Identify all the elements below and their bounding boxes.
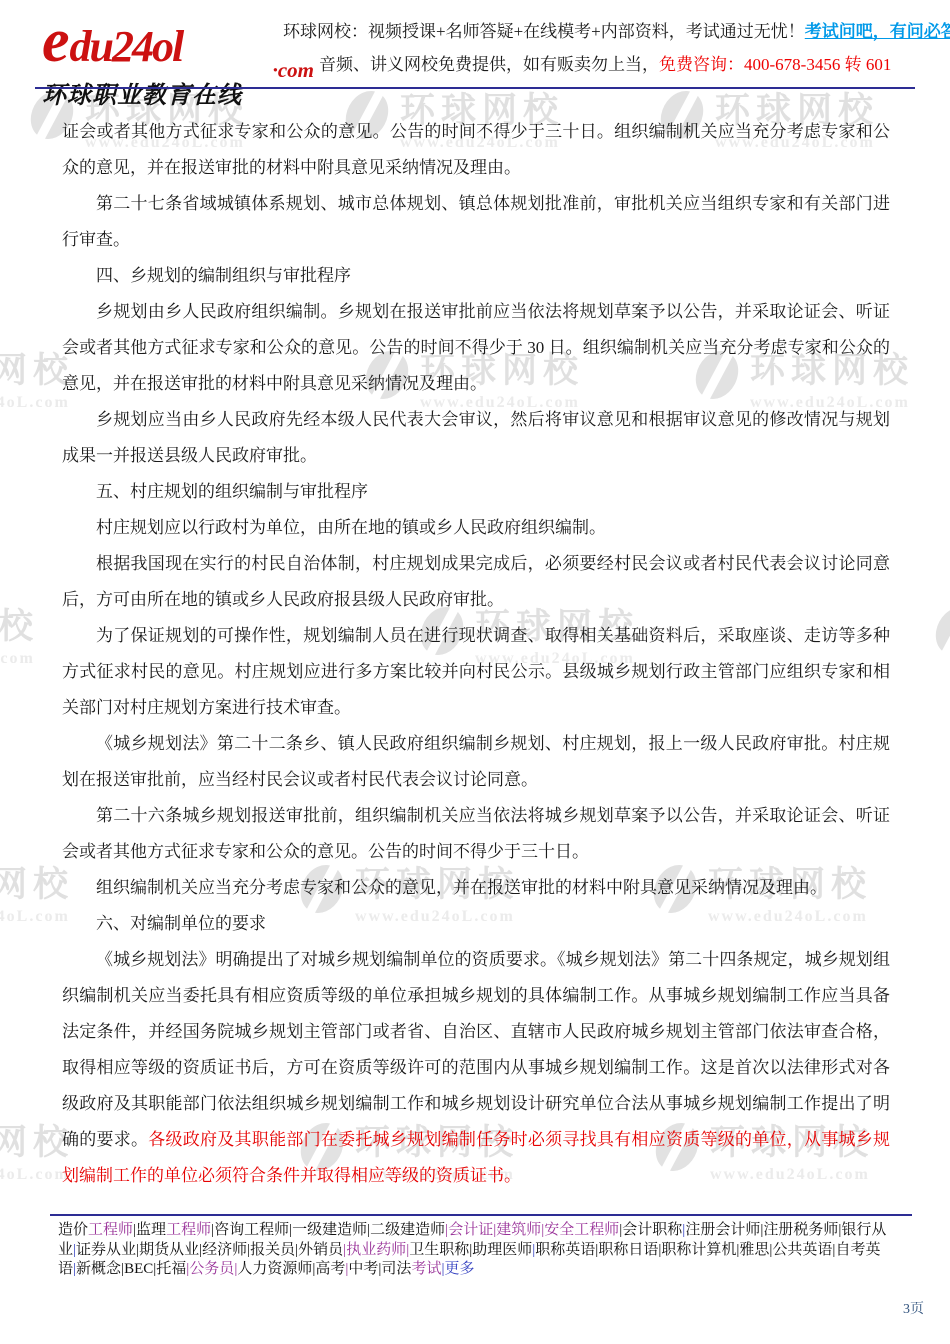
paragraph: 《城乡规划法》明确提出了对城乡规划编制单位的资质要求。《城乡规划法》第二十四条规… — [62, 942, 890, 1194]
footer-link[interactable]: 外销员 — [298, 1242, 343, 1258]
footer-link[interactable]: 建筑师 — [496, 1222, 541, 1238]
ask-answer-link[interactable]: 考试问吧，有问必答 — [805, 22, 950, 41]
paragraph: 第二十七条省域城镇体系规划、城市总体规划、镇总体规划批准前，审批机关应当组织专家… — [62, 186, 890, 258]
paragraph-text: 第二十七条省域城镇体系规划、城市总体规划、镇总体规划批准前，审批机关应当组织专家… — [62, 194, 890, 249]
footer-link[interactable]: 一级建造师 — [292, 1222, 367, 1238]
paragraph: 第二十六条城乡规划报送审批前，组织编制机关应当依法将城乡规划草案予以公告，并采取… — [62, 798, 890, 870]
paragraph-text: 第二十六条城乡规划报送审批前，组织编制机关应当依法将城乡规划草案予以公告，并采取… — [62, 806, 890, 861]
paragraph: 四、乡规划的编制组织与审批程序 — [62, 258, 890, 294]
footer-link[interactable]: 更多 — [444, 1261, 474, 1277]
footer-link[interactable]: 公务员 — [189, 1261, 234, 1277]
paragraph: 证会或者其他方式征求专家和公众的意见。公告的时间不得少于三十日。组织编制机关应当… — [62, 114, 890, 186]
watermark-leaf-icon — [930, 604, 950, 658]
footer-link[interactable]: 监理 — [136, 1222, 166, 1238]
paragraph-text: 乡规划应当由乡人民政府先经本级人民代表大会审议，然后将审议意见和根据审议意见的修… — [62, 410, 890, 465]
paragraph-text: 为了保证规划的可操作性，规划编制人员在进行现状调查、取得相关基础资料后，采取座谈… — [62, 626, 890, 717]
header-promo-line2: 音频、讲义网校免费提供，如有贩卖勿上当，免费咨询：400-678-3456 转 … — [283, 55, 923, 75]
header-promo: 环球网校：视频授课+名师答疑+在线模考+内部资料，考试通过无忧！考试问吧，有问必… — [283, 22, 923, 76]
paragraph: 为了保证规划的可操作性，规划编制人员在进行现状调查、取得相关基础资料后，采取座谈… — [62, 618, 890, 726]
footer-link[interactable]: 注册税务师 — [763, 1222, 838, 1238]
logo-e-glyph: e百职 — [42, 10, 70, 72]
logo-badge: 百职 — [54, 20, 80, 32]
watermark: 环球网校www.edu24oL.com — [930, 604, 950, 668]
footer-link[interactable]: 安全工程师 — [544, 1222, 619, 1238]
promo-text: 环球网校：视频授课+名师答疑+在线模考+内部资料，考试通过无忧！ — [283, 22, 805, 41]
footer-link[interactable]: 执业药师 — [346, 1242, 406, 1258]
footer-link[interactable]: 托福 — [156, 1261, 186, 1277]
paragraph: 六、对编制单位的要求 — [62, 906, 890, 942]
footer-link[interactable]: 司法 — [381, 1261, 411, 1277]
paragraph-text: 四、乡规划的编制组织与审批程序 — [96, 266, 351, 285]
highlighted-red-text: 各级政府及其职能部门在委托城乡规划编制任务时必须寻找具有相应资质等级的单位，从事… — [62, 1130, 890, 1185]
footer-link[interactable]: 职称计算机 — [661, 1242, 736, 1258]
footer-link[interactable]: 高考 — [315, 1261, 345, 1277]
paragraph-text: 《城乡规划法》第二十二条乡、镇人民政府组织编制乡规划、村庄规划，报上一级人民政府… — [62, 734, 890, 789]
footer-link[interactable]: 人力资源师 — [237, 1261, 312, 1277]
footer-link[interactable]: 会计职称 — [622, 1222, 682, 1238]
footer-link[interactable]: 雅思 — [739, 1242, 769, 1258]
paragraph: 乡规划由乡人民政府组织编制。乡规划在报送审批前应当依法将规划草案予以公告，并采取… — [62, 294, 890, 402]
footer-link[interactable]: 经济师 — [202, 1242, 247, 1258]
paragraph: 五、村庄规划的组织编制与审批程序 — [62, 474, 890, 510]
paragraph-text: 六、对编制单位的要求 — [96, 914, 266, 933]
footer-link[interactable]: 中考 — [348, 1261, 378, 1277]
footer-link[interactable]: 证券从业 — [76, 1242, 136, 1258]
document-page: 环球网校www.edu24oL.com环球网校www.edu24oL.com环球… — [0, 0, 950, 1344]
paragraph-text: 根据我国现在实行的村民自治体制，村庄规划成果完成后，必须要经村民会议或者村民代表… — [62, 554, 890, 609]
footer-link[interactable]: 新概念 — [76, 1261, 121, 1277]
watermark-url: www.edu24oL.com — [0, 650, 39, 668]
footer-link[interactable]: 注册会计师 — [685, 1222, 760, 1238]
paragraph-text: 证会或者其他方式征求专家和公众的意见。公告的时间不得少于三十日。组织编制机关应当… — [62, 122, 890, 177]
footer-link[interactable]: 咨询工程师 — [214, 1222, 289, 1238]
footer-link[interactable]: 职称英语 — [535, 1242, 595, 1258]
hotline-number: 免费咨询：400-678-3456 转 601 — [659, 55, 891, 74]
paragraph-text: 《城乡规划法》明确提出了对城乡规划编制单位的资质要求。《城乡规划法》第二十四条规… — [62, 950, 890, 1149]
watermark-brand: 环球网校 — [0, 604, 39, 650]
footer-link[interactable]: 考试 — [411, 1261, 441, 1277]
paragraph-text: 乡规划由乡人民政府组织编制。乡规划在报送审批前应当依法将规划草案予以公告，并采取… — [62, 302, 890, 393]
paragraph-text: 组织编制机关应当充分考虑专家和公众的意见，并在报送审批的材料中附具意见采纳情况及… — [96, 878, 827, 897]
logo-text: du24ol — [70, 22, 183, 71]
paragraph-text: 村庄规划应以行政村为单位，由所在地的镇或乡人民政府组织编制。 — [96, 518, 606, 537]
watermark: 环球网校www.edu24oL.com — [0, 604, 39, 668]
footer-link[interactable]: 公共英语 — [772, 1242, 832, 1258]
footer-link[interactable]: 期货从业 — [139, 1242, 199, 1258]
footer-link[interactable]: 造价 — [58, 1222, 88, 1238]
footer-link[interactable]: 二级建造师 — [370, 1222, 445, 1238]
header-divider — [35, 87, 915, 89]
footer-link[interactable]: 职称日语 — [598, 1242, 658, 1258]
footer-link[interactable]: 会计证 — [448, 1222, 493, 1238]
footer-link-strip: 造价工程师|监理工程师|咨询工程师|一级建造师|二级建造师|会计证|建筑师|安全… — [58, 1221, 894, 1280]
promo-text2: 音频、讲义网校免费提供，如有贩卖勿上当， — [319, 55, 659, 74]
paragraph-text: 五、村庄规划的组织编制与审批程序 — [96, 482, 368, 501]
document-text: 证会或者其他方式征求专家和公众的意见。公告的时间不得少于三十日。组织编制机关应当… — [62, 114, 890, 1194]
footer-divider — [50, 1214, 912, 1216]
footer-link[interactable]: 报关员 — [250, 1242, 295, 1258]
footer-link[interactable]: 卫生职称 — [409, 1242, 469, 1258]
paragraph: 乡规划应当由乡人民政府先经本级人民代表大会审议，然后将审议意见和根据审议意见的修… — [62, 402, 890, 474]
page-number: 3页 — [903, 1298, 924, 1318]
header-promo-line1: 环球网校：视频授课+名师答疑+在线模考+内部资料，考试通过无忧！考试问吧，有问必… — [283, 22, 923, 42]
paragraph: 《城乡规划法》第二十二条乡、镇人民政府组织编制乡规划、村庄规划，报上一级人民政府… — [62, 726, 890, 798]
footer-link[interactable]: 工程师 — [88, 1222, 133, 1238]
paragraph: 组织编制机关应当充分考虑专家和公众的意见，并在报送审批的材料中附具意见采纳情况及… — [62, 870, 890, 906]
footer-link[interactable]: 工程师 — [166, 1222, 211, 1238]
footer-link[interactable]: 助理医师 — [472, 1242, 532, 1258]
paragraph: 根据我国现在实行的村民自治体制，村庄规划成果完成后，必须要经村民会议或者村民代表… — [62, 546, 890, 618]
footer-link[interactable]: BEC — [124, 1261, 153, 1277]
paragraph: 村庄规划应以行政村为单位，由所在地的镇或乡人民政府组织编制。 — [62, 510, 890, 546]
